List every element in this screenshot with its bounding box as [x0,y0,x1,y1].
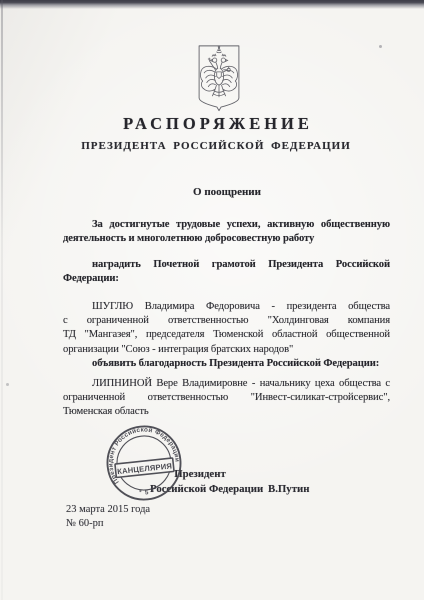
chancellery-stamp: Президент Российской Федерации * 5 * КАН… [100,419,188,507]
document-body: За достигнутые трудовые успехи, активную… [63,218,390,420]
text-line: За достигнутые трудовые успехи, активную… [63,218,390,232]
text-line: организации "Союз - интеграция братских … [63,343,390,357]
document-number: № 60-рп [66,518,104,529]
text-line: деятельность и многолетнюю добросовестну… [63,232,390,246]
body-paragraph: ЛИПНИНОЙ Вере Владимировне - начальнику … [63,377,390,420]
signature-name: В.Путин [268,483,309,495]
text-line: ЛИПНИНОЙ Вере Владимировне - начальнику … [63,377,390,391]
body-paragraph: За достигнутые трудовые успехи, активную… [63,218,390,247]
document-subject: О поощрении [64,186,390,198]
text-line: объявить благодарность Президента Россий… [63,357,390,371]
scan-artifact-dot [6,383,9,386]
text-line: с ограниченной ответственностью "Холдинг… [63,314,390,328]
body-paragraph: объявить благодарность Президента Россий… [63,357,390,371]
text-line: наградить Почетной грамотой Президента Р… [63,258,390,272]
text-line: ограниченной ответственностью "Инвест-си… [63,391,390,405]
body-paragraph: ШУГЛЮ Владимира Федоровича - президента … [63,300,390,358]
russian-coat-of-arms-icon [194,43,244,113]
body-paragraph: наградить Почетной грамотой Президента Р… [63,258,390,287]
text-line: ШУГЛЮ Владимира Федоровича - президента … [63,300,390,314]
text-line: ТД "Мангазея", председателя Тюменской об… [63,328,390,342]
stamp-ring-bottom-text: * 5 * [138,487,156,497]
scan-artifact-dot [379,45,382,48]
text-line: Тюменская область [63,405,390,419]
scan-edge-shadow-top [0,0,424,9]
document-title: РАСПОРЯЖЕНИЕ [6,114,424,134]
scan-edge-shadow-left [1,0,3,600]
document-subtitle: ПРЕЗИДЕНТА РОССИЙСКОЙ ФЕДЕРАЦИИ [6,140,424,152]
text-line: Федерации: [63,272,390,286]
document-page: РАСПОРЯЖЕНИЕ ПРЕЗИДЕНТА РОССИЙСКОЙ ФЕДЕР… [0,0,424,600]
